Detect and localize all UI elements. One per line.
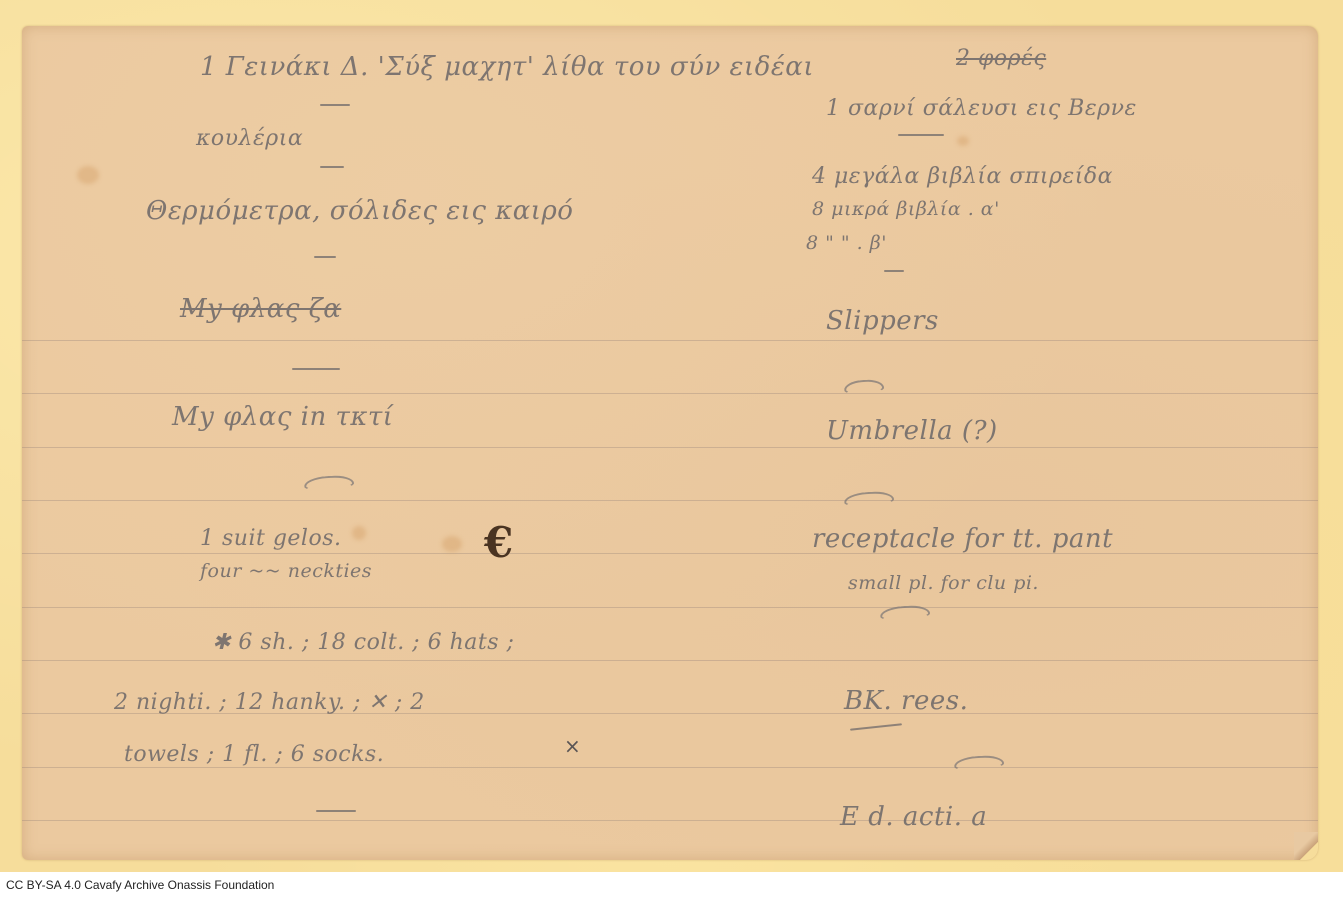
left-line-2: κουλέρια <box>196 126 303 151</box>
paper-stain <box>957 136 969 146</box>
ruled-line <box>22 767 1318 768</box>
right-line-4: 8 " " . β' <box>806 232 887 254</box>
ruled-line <box>22 553 1318 554</box>
separator-dash <box>320 104 350 106</box>
right-line-10: E d. acti. a <box>840 802 987 832</box>
separator-squiggle <box>304 474 355 491</box>
right-line-6: Umbrella (?) <box>826 416 998 446</box>
left-line-4-struck: Μy φλας ζα <box>180 294 341 324</box>
underline-stroke <box>850 723 902 730</box>
ruled-line <box>22 447 1318 448</box>
left-line-3: Θερμόμετρα, σόλιδες εις καιρό <box>146 196 573 226</box>
right-line-1: 1 σαρνί σάλευσι εις Βερνε <box>826 96 1137 121</box>
manuscript-sheet: 1 Γεινάκι Δ. 'Σύξ μαχητ' λίθα του σύν ει… <box>22 26 1318 860</box>
right-line-7: receptacle for tt. pant <box>812 524 1113 554</box>
left-line-1: 1 Γεινάκι Δ. 'Σύξ μαχητ' λίθα του σύν ει… <box>200 52 814 82</box>
left-line-10: towels ; 1 fl. ; 6 socks. <box>124 742 384 767</box>
right-line-8: small pl. for clu pi. <box>848 572 1039 594</box>
separator-dash <box>320 166 344 168</box>
right-line-9: BK. rees. <box>844 686 968 716</box>
separator-dash <box>884 270 904 272</box>
separator-squiggle <box>844 490 895 507</box>
ink-euro-mark: € <box>484 518 513 567</box>
x-mark: × <box>564 734 581 758</box>
separator-dash <box>314 256 336 258</box>
ruled-line <box>22 607 1318 608</box>
left-line-8: ✱ 6 sh. ; 18 colt. ; 6 hats ; <box>212 630 514 655</box>
left-line-7: four ~~ neckties <box>200 560 372 582</box>
paper-stain <box>77 166 99 184</box>
ruled-line <box>22 340 1318 341</box>
right-line-5: Slippers <box>826 306 939 336</box>
paper-stain <box>442 536 462 552</box>
ruled-line <box>22 500 1318 501</box>
credit-caption: CC BY-SA 4.0 Cavafy Archive Onassis Foun… <box>6 878 274 892</box>
ruled-line <box>22 660 1318 661</box>
left-line-9: 2 nighti. ; 12 hanky. ; ✕ ; 2 <box>114 690 425 715</box>
right-line-3: 8 μικρά βιβλία . α' <box>812 198 1000 220</box>
corner-curl <box>1294 832 1318 860</box>
left-line-5: Μy φλας in τκτί <box>172 402 393 432</box>
left-line-1-struck: 2 φορές <box>956 46 1046 71</box>
separator-dash <box>316 810 356 812</box>
separator-dash <box>292 368 340 370</box>
right-line-2: 4 μεγάλα βιβλία σπιρείδα <box>812 164 1113 189</box>
separator-squiggle <box>954 754 1005 771</box>
left-line-6: 1 suit gelos. <box>200 526 342 551</box>
separator-dash <box>898 134 944 136</box>
ruled-line <box>22 393 1318 394</box>
ruled-line <box>22 820 1318 821</box>
paper-stain <box>352 526 366 540</box>
